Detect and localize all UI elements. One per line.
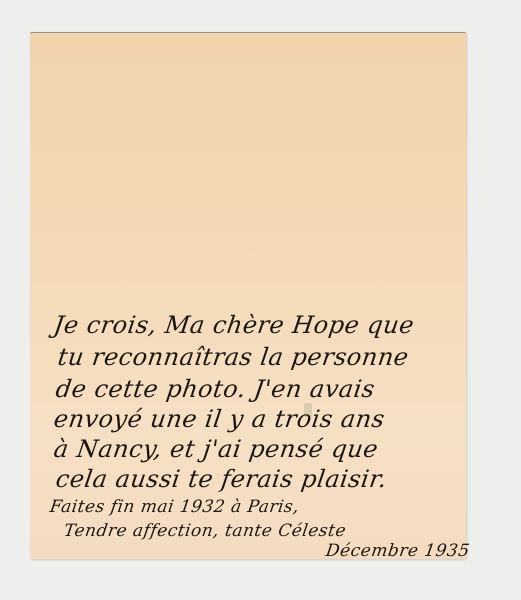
letter-line-5: à Nancy, et j'ai pensé que bbox=[52, 435, 380, 463]
letter-line-4: envoyé une il y a trois ans bbox=[52, 405, 387, 433]
letter-line-1: Je crois, Ma chère Hope que bbox=[52, 311, 416, 339]
letter-date: Décembre 1935 bbox=[325, 541, 471, 561]
letter-card: Je crois, Ma chère Hope que tu reconnaît… bbox=[30, 32, 466, 559]
letter-line-2: tu reconnaîtras la personne bbox=[56, 343, 411, 371]
letter-line-8: Tendre affection, tante Céleste bbox=[63, 521, 348, 541]
letter-line-3: de cette photo. J'en avais bbox=[54, 375, 377, 403]
letter-line-7: Faites fin mai 1932 à Paris, bbox=[49, 497, 301, 517]
letter-line-6: cela aussi te ferais plaisir. bbox=[54, 465, 389, 493]
